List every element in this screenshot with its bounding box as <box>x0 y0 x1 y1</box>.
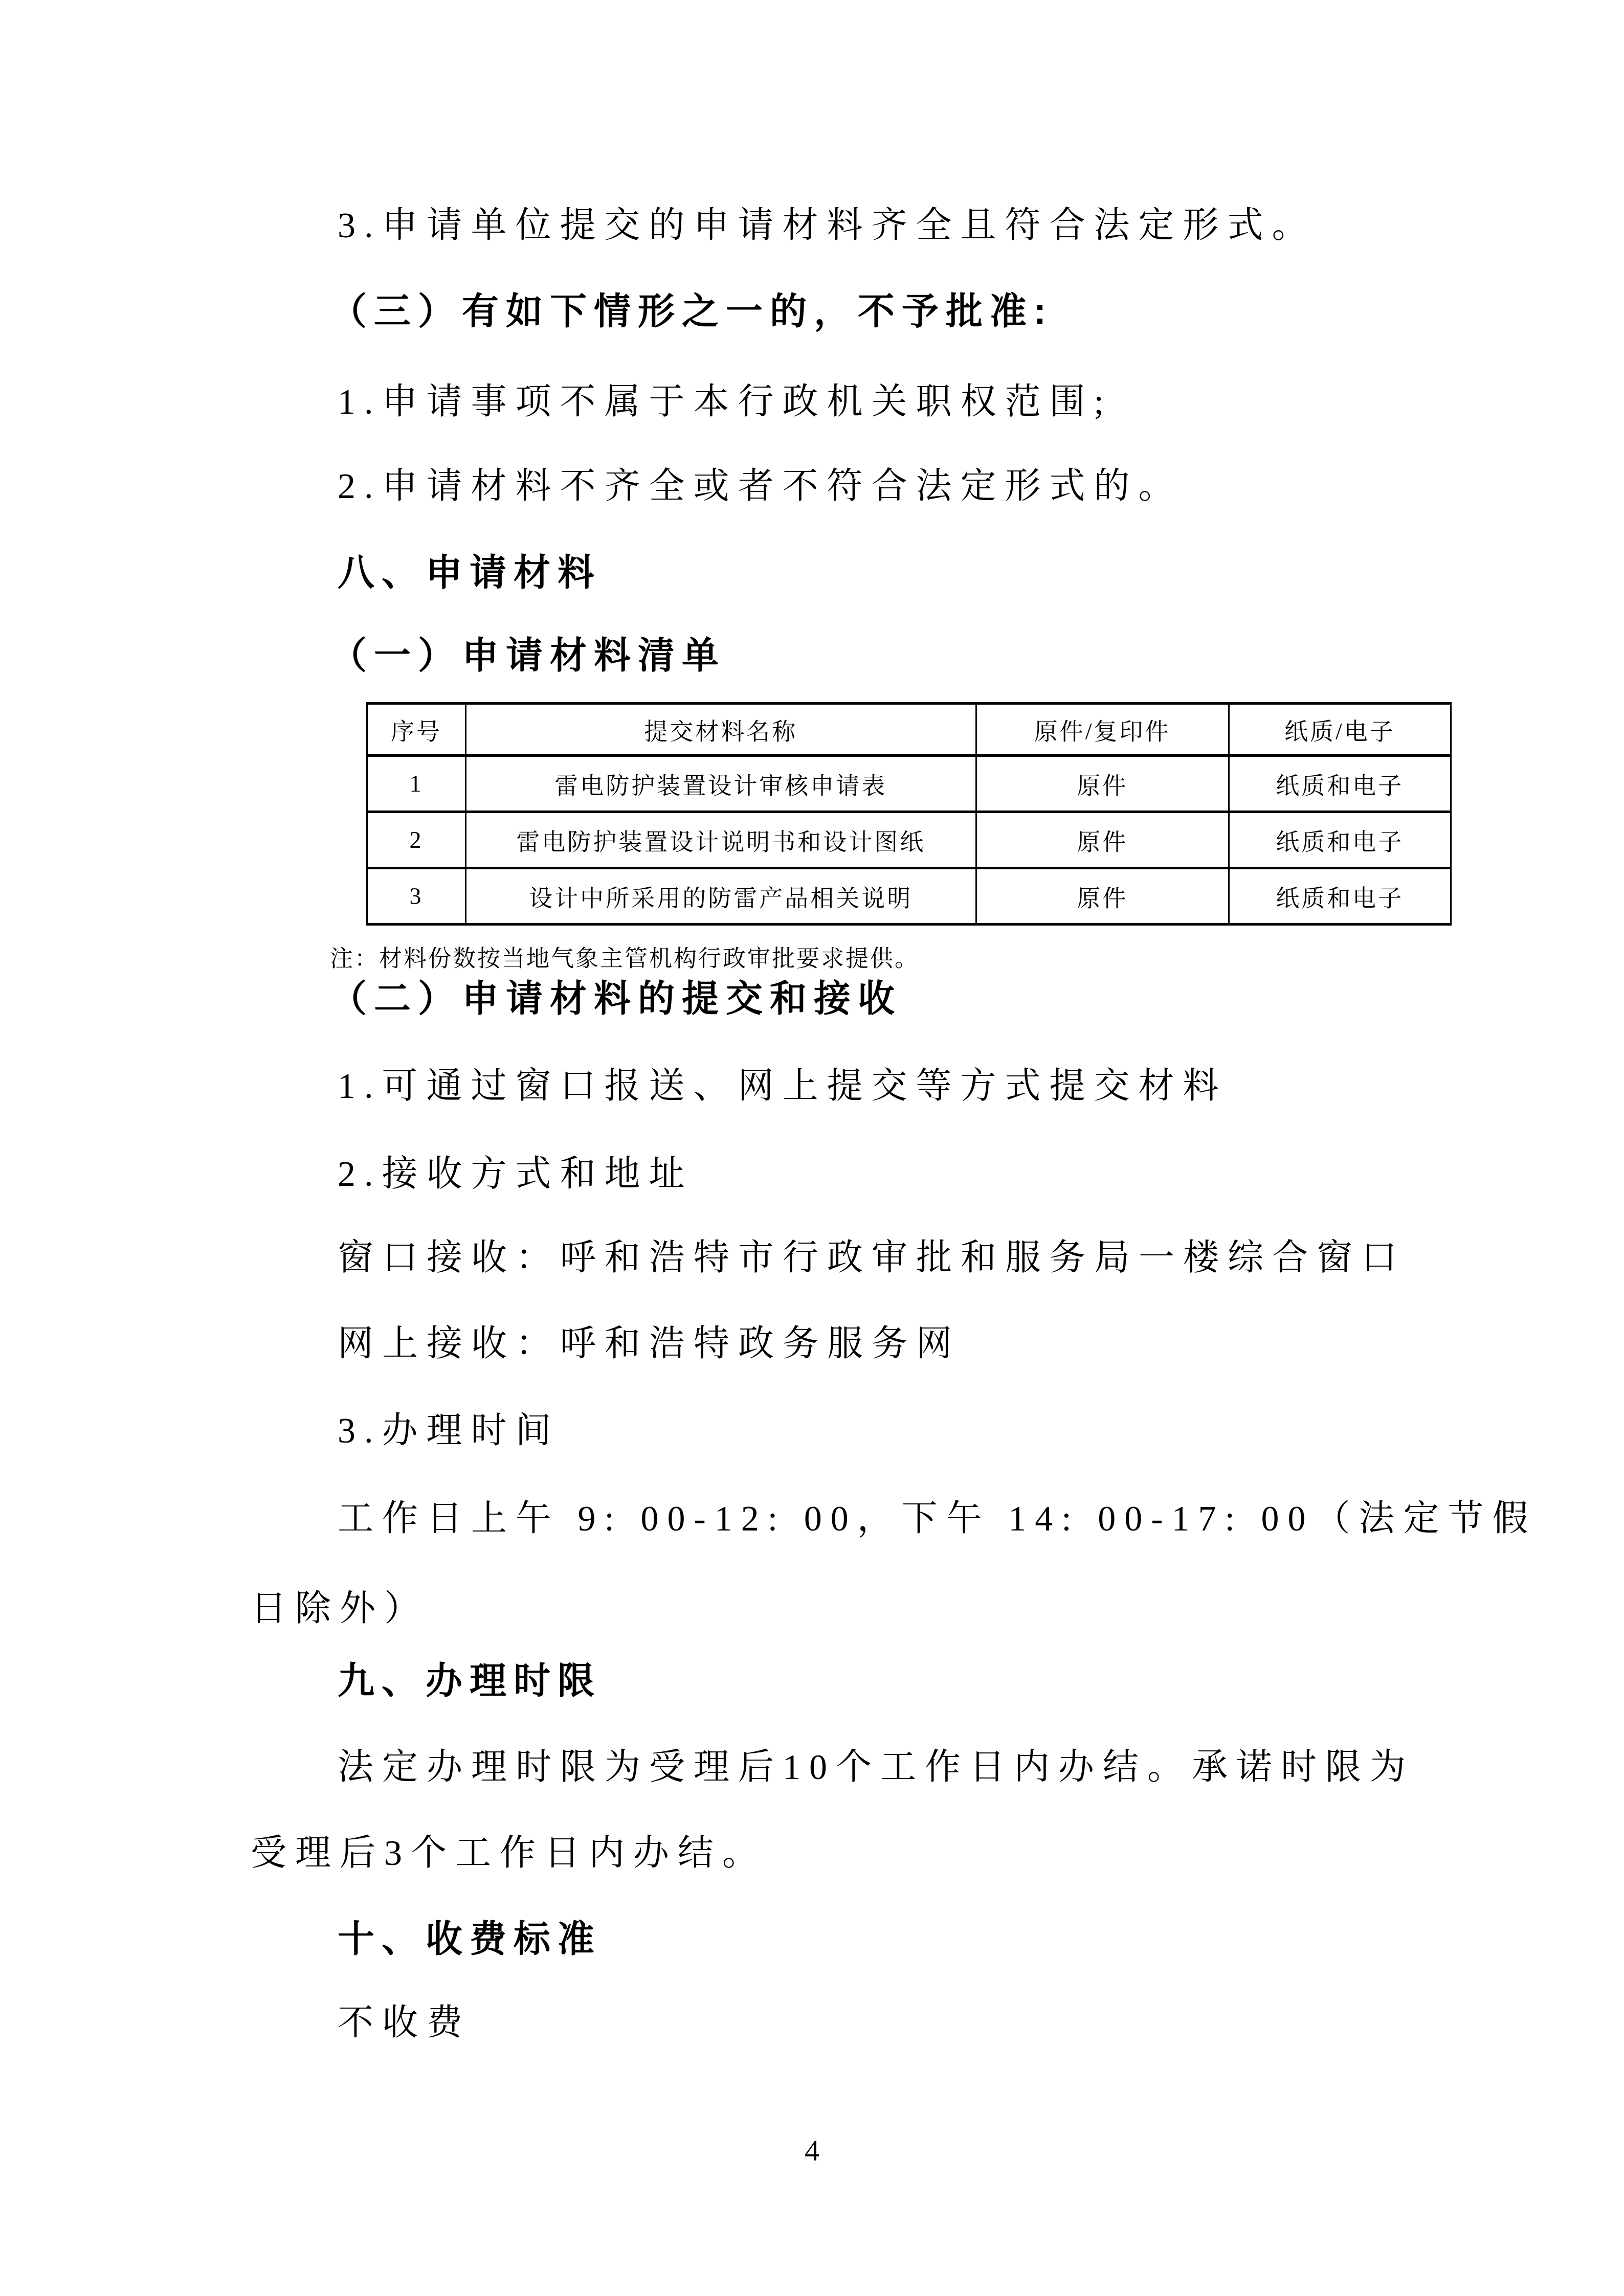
heading-nine-time-limit: 九、办理时限 <box>338 1662 602 1701</box>
paragraph-no-fee: 不收费 <box>338 2005 471 2042</box>
paragraph-legal-time-limit-continuation: 受理后3个工作日内办结。 <box>251 1835 767 1873</box>
table-cell-original-copy: 原件 <box>976 756 1229 812</box>
paragraph-window-receive: 窗口接收：呼和浩特市行政审批和服务局一楼综合窗口 <box>338 1240 1406 1277</box>
paragraph-condition-3: 3.申请单位提交的申请材料齐全且符合法定形式。 <box>338 207 1317 245</box>
table-cell-paper-electronic: 纸质和电子 <box>1229 812 1451 868</box>
table-cell-material-name: 雷电防护装置设计说明书和设计图纸 <box>465 812 976 868</box>
table-cell-index: 3 <box>367 868 466 925</box>
heading-section-three-no-approval: （三）有如下情形之一的，不予批准: <box>330 292 1053 331</box>
table-header-row: 序号 提交材料名称 原件/复印件 纸质/电子 <box>367 704 1451 756</box>
document-page: 3.申请单位提交的申请材料齐全且符合法定形式。 （三）有如下情形之一的，不予批准… <box>0 0 1624 2296</box>
table-cell-index: 2 <box>367 812 466 868</box>
paragraph-working-hours: 工作日上午 9: 00-12: 00，下午 14: 00-17: 00（法定节假 <box>338 1500 1537 1538</box>
heading-ten-fee-standard: 十、收费标准 <box>338 1920 602 1959</box>
paragraph-legal-time-limit: 法定办理时限为受理后10个工作日内办结。承诺时限为 <box>338 1749 1414 1787</box>
table-header-paper-electronic: 纸质/电子 <box>1229 704 1451 756</box>
paragraph-online-receive: 网上接收：呼和浩特政务服务网 <box>338 1325 961 1363</box>
table-cell-original-copy: 原件 <box>976 868 1229 925</box>
paragraph-working-hours-continuation: 日除外） <box>251 1590 429 1628</box>
table-row: 1 雷电防护装置设计审核申请表 原件 纸质和电子 <box>367 756 1451 812</box>
table-header-index: 序号 <box>367 704 466 756</box>
table-header-original-copy: 原件/复印件 <box>976 704 1229 756</box>
paragraph-submission-methods: 1.可通过窗口报送、网上提交等方式提交材料 <box>338 1068 1228 1106</box>
paragraph-receive-method-address: 2.接收方式和地址 <box>338 1156 694 1194</box>
materials-table: 序号 提交材料名称 原件/复印件 纸质/电子 1 雷电防护装置设计审核申请表 原… <box>366 702 1452 926</box>
table-note: 注：材料份数按当地气象主管机构行政审批要求提供。 <box>330 940 919 973</box>
table-header-material-name: 提交材料名称 <box>465 704 976 756</box>
table-cell-paper-electronic: 纸质和电子 <box>1229 756 1451 812</box>
table-cell-original-copy: 原件 <box>976 812 1229 868</box>
table-cell-paper-electronic: 纸质和电子 <box>1229 868 1451 925</box>
page-number: 4 <box>0 2133 1624 2168</box>
paragraph-handling-time: 3.办理时间 <box>338 1412 560 1450</box>
heading-materials-submission: （二）申请材料的提交和接收 <box>330 980 902 1019</box>
heading-eight-application-materials: 八、申请材料 <box>338 554 602 593</box>
table-cell-index: 1 <box>367 756 466 812</box>
paragraph-reject-2: 2.申请材料不齐全或者不符合法定形式的。 <box>338 468 1183 506</box>
heading-materials-list: （一）申请材料清单 <box>330 637 726 676</box>
table-cell-material-name: 设计中所采用的防雷产品相关说明 <box>465 868 976 925</box>
table-row: 2 雷电防护装置设计说明书和设计图纸 原件 纸质和电子 <box>367 812 1451 868</box>
table-cell-material-name: 雷电防护装置设计审核申请表 <box>465 756 976 812</box>
paragraph-reject-1: 1.申请事项不属于本行政机关职权范围; <box>338 384 1113 421</box>
table-row: 3 设计中所采用的防雷产品相关说明 原件 纸质和电子 <box>367 868 1451 925</box>
